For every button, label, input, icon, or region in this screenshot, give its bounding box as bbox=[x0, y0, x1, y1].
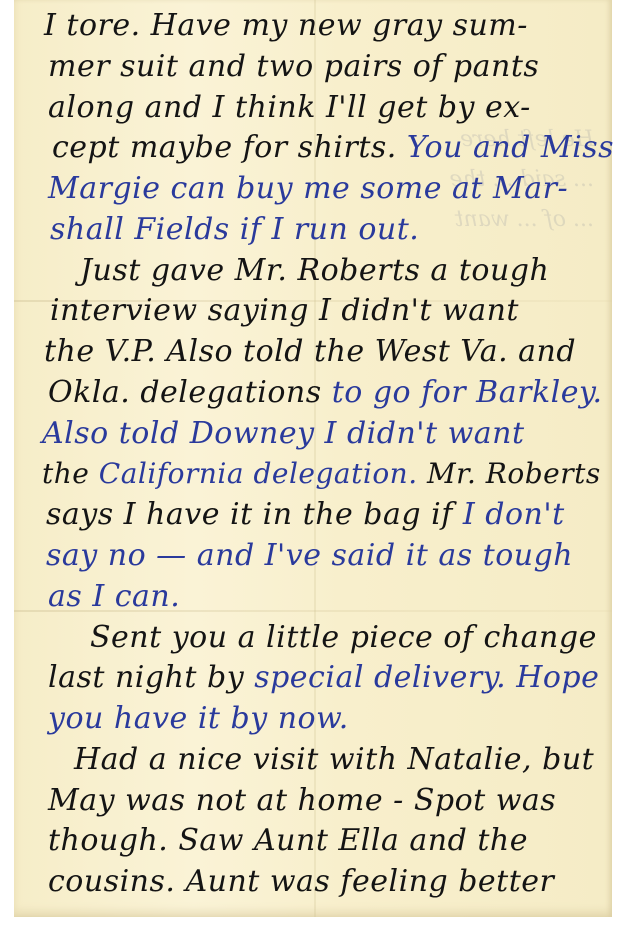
ink-segment-black: Sent you a little piece of change bbox=[90, 620, 597, 655]
ink-segment-blue: Margie can buy me bbox=[48, 171, 360, 206]
handwritten-line: along and I think I'll get by ex- bbox=[48, 90, 531, 125]
handwritten-line: Sent you a little piece of change bbox=[90, 620, 597, 655]
ink-segment-black: May was not at home - Spot was bbox=[48, 783, 556, 818]
ink-segment-black: says I have it in the bag if bbox=[46, 497, 463, 532]
ink-segment-black: Had a nice visit with Natalie, but bbox=[74, 742, 594, 777]
letter-paper: He left here ... said ... the ... of ...… bbox=[14, 0, 612, 917]
handwritten-line: last night by special delivery. Hope bbox=[48, 660, 599, 695]
handwritten-line: shall Fields if I run out. bbox=[50, 212, 419, 247]
ink-segment-black: last night by bbox=[48, 660, 254, 695]
ink-segment-black: the bbox=[42, 457, 99, 490]
handwritten-line: mer suit and two pairs of pants bbox=[48, 49, 539, 84]
handwritten-line: the California delegation. Mr. Roberts bbox=[42, 457, 601, 490]
handwritten-line: Also told Downey I didn't want bbox=[42, 416, 525, 451]
ink-segment-blue: as I can. bbox=[48, 579, 180, 614]
handwritten-line: you have it by now. bbox=[48, 701, 349, 736]
handwritten-line: cousins. Aunt was feeling better bbox=[48, 864, 554, 899]
ink-segment-black: the V.P. Also told the West Va. and bbox=[44, 334, 576, 369]
ink-segment-black: Mr. Roberts bbox=[427, 457, 601, 490]
handwritten-line: interview saying I didn't want bbox=[50, 293, 519, 328]
ink-segment-black: along and I think I'll get by ex- bbox=[48, 90, 531, 125]
ink-segment-blue: you have it by now. bbox=[48, 701, 349, 736]
ink-segment-black: cept maybe for shirts. bbox=[52, 130, 407, 165]
ink-segment-blue: some at Mar- bbox=[360, 171, 568, 206]
handwritten-line: Had a nice visit with Natalie, but bbox=[74, 742, 594, 777]
handwritten-line: Okla. delegations to go for Barkley. bbox=[48, 375, 602, 410]
ink-segment-black: mer suit and two pairs of pants bbox=[48, 49, 539, 84]
ink-segment-blue: special delivery. Hope bbox=[254, 660, 599, 695]
handwritten-line: says I have it in the bag if I don't bbox=[46, 497, 565, 532]
ink-segment-blue: California delegation. bbox=[99, 457, 427, 490]
handwritten-line: cept maybe for shirts. You and Miss bbox=[52, 130, 614, 165]
handwritten-line: I tore. Have my new gray sum- bbox=[44, 8, 528, 43]
ink-segment-black: though. Saw Aunt Ella and the bbox=[48, 823, 528, 858]
handwritten-line: Just gave Mr. Roberts a tough bbox=[80, 253, 549, 288]
ink-segment-black: Just gave Mr. Roberts a tough bbox=[80, 253, 549, 288]
ink-segment-blue: Also told Downey I didn't want bbox=[42, 416, 525, 451]
ink-segment-black: cousins. Aunt was feeling better bbox=[48, 864, 554, 899]
ink-segment-black: I tore. Have my new gray sum- bbox=[44, 8, 528, 43]
handwritten-line: the V.P. Also told the West Va. and bbox=[44, 334, 576, 369]
ink-segment-blue: shall Fields if I run out. bbox=[50, 212, 419, 247]
handwritten-line: Margie can buy me some at Mar- bbox=[48, 171, 568, 206]
handwritten-line: May was not at home - Spot was bbox=[48, 783, 556, 818]
ink-segment-black: interview saying I didn't want bbox=[50, 293, 519, 328]
handwritten-line: though. Saw Aunt Ella and the bbox=[48, 823, 528, 858]
ink-segment-black: Okla. delegations bbox=[48, 375, 332, 410]
handwritten-line: as I can. bbox=[48, 579, 180, 614]
ink-segment-blue: and I've said it as tough bbox=[197, 538, 573, 573]
handwritten-line: say no — and I've said it as tough bbox=[46, 538, 573, 573]
ink-segment-blue: I don't bbox=[463, 497, 565, 532]
ink-segment-blue: say no — bbox=[46, 538, 197, 573]
ink-segment-blue: to go for Barkley. bbox=[332, 375, 603, 410]
ink-segment-blue: You and Miss bbox=[407, 130, 614, 165]
